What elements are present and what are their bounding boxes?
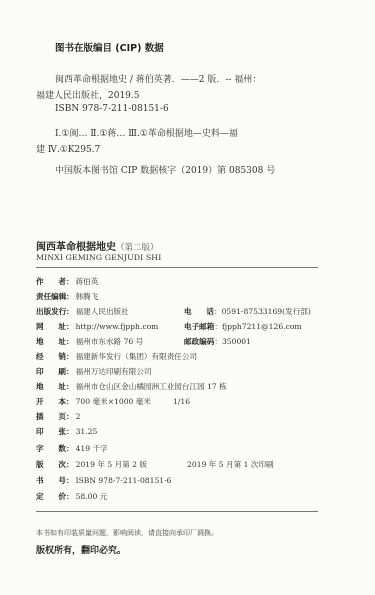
detail-row-author: 作者：蒋伯英 [36, 276, 98, 287]
detail-row-publisher: 出版发行：福建人民出版社 [36, 306, 129, 317]
detail-row-format: 开本：700 毫米×1000 毫米1/16 [36, 396, 190, 407]
detail-value: ISBN 978-7-211-08151-6 [76, 476, 172, 485]
detail-label: 电话 [184, 306, 214, 317]
detail-label: 网址 [36, 321, 66, 332]
detail-row-distributor: 经销：福建新华发行（集团）有限责任公司 [36, 351, 197, 362]
detail-value: 2019 年 5 月第 2 版 [76, 460, 147, 469]
detail-phone: 电话：0591-87533169(发行部) [184, 306, 311, 317]
detail-value: 韩腾飞 [76, 292, 99, 301]
detail-value: 福建人民出版社 [76, 307, 129, 316]
cip-heading: 图书在版编目 (CIP) 数据 [55, 40, 164, 54]
detail-value: 福州市仓山区金山橘园洲工业园台江园 17 栋 [76, 382, 227, 391]
copyright-notice: 版权所有，翻印必究。 [36, 543, 126, 556]
detail-row-price: 定价：58.00 元 [36, 491, 107, 502]
detail-label: 责任编辑 [36, 291, 66, 302]
detail-label: 定价 [36, 491, 66, 502]
detail-value: 2 [76, 412, 81, 421]
detail-row-isbn: 书号：ISBN 978-7-211-08151-6 [36, 475, 172, 486]
detail-label: 地址 [36, 381, 66, 392]
detail-label: 地址 [36, 336, 66, 347]
detail-row-website: 网址：http://www.fjpph.com [36, 321, 158, 332]
book-title: 闽西革命根据地史（第二版） [36, 238, 159, 253]
divider-top [36, 267, 318, 268]
detail-extra: 1/16 [173, 397, 190, 406]
detail-value: 福州万达印刷有限公司 [76, 367, 152, 376]
book-edition: （第二版） [116, 243, 159, 253]
detail-label: 版次 [36, 459, 66, 470]
cip-line-subjects: Ⅰ.①闽… Ⅱ.①蒋… Ⅲ.①革命根据地—史料—福 [55, 126, 238, 139]
detail-row-printer: 印刷：福州万达印刷有限公司 [36, 366, 152, 377]
cip-line-title: 闽西革命根据地史 / 蒋伯英著．——2 版．-- 福州： [55, 72, 261, 85]
cip-line-isbn: ISBN 978-7-211-08151-6 [55, 104, 169, 114]
detail-value: 58.00 元 [76, 492, 108, 501]
detail-postcode: 邮政编码：350001 [184, 336, 251, 347]
detail-row-editor: 责任编辑：韩腾飞 [36, 291, 98, 302]
website-link[interactable]: http://www.fjpph.com [76, 322, 159, 331]
detail-extra: 2019 年 5 月第 1 次印刷 [187, 460, 274, 469]
detail-value: 蒋伯英 [76, 277, 99, 286]
detail-label: 经销 [36, 351, 66, 362]
book-title-pinyin: MINXI GEMING GENJUDI SHI [36, 253, 161, 262]
detail-value: 福建新华发行（集团）有限责任公司 [76, 352, 198, 361]
detail-row-plates: 插页：2 [36, 411, 80, 422]
detail-value: 419 千字 [76, 444, 108, 453]
divider-bottom [36, 511, 318, 512]
quality-notice: 本书如有印装质量问题，影响阅读，请直接向承印厂调换。 [36, 528, 218, 538]
detail-label: 字数 [36, 443, 66, 454]
detail-row-edition: 版次：2019 年 5 月第 2 版2019 年 5 月第 1 次印刷 [36, 459, 274, 470]
detail-value: 0591-87533169(发行部) [222, 307, 311, 316]
detail-email: 电子邮箱：fjpph7211@126.com [184, 321, 302, 332]
detail-value: 31.25 [76, 427, 98, 436]
detail-label: 电子邮箱 [184, 321, 214, 332]
detail-label: 邮政编码 [184, 336, 214, 347]
detail-label: 作者 [36, 276, 66, 287]
email-link[interactable]: fjpph7211@126.com [222, 322, 302, 331]
detail-label: 书号 [36, 475, 66, 486]
detail-row-sheets: 印张：31.25 [36, 426, 97, 437]
detail-value: 700 毫米×1000 毫米 [76, 397, 151, 406]
detail-label: 印张 [36, 426, 66, 437]
detail-label: 插页 [36, 411, 66, 422]
detail-row-address: 地址：福州市东水路 76 号 [36, 336, 143, 347]
detail-row-printer-address: 地址：福州市仓山区金山橘园洲工业园台江园 17 栋 [36, 381, 227, 392]
detail-value: 350001 [222, 337, 251, 346]
cip-line-record-number: 中国版本图书馆 CIP 数据核字（2019）第 085308 号 [55, 163, 275, 176]
detail-label: 开本 [36, 396, 66, 407]
detail-row-word-count: 字数：419 千字 [36, 443, 108, 454]
cip-line-publisher: 福建人民出版社，2019.5 [36, 88, 140, 101]
detail-label: 印刷 [36, 366, 66, 377]
book-title-text: 闽西革命根据地史 [36, 242, 116, 253]
cip-line-classification: 建 Ⅳ.①K295.7 [36, 142, 100, 155]
detail-value: 福州市东水路 76 号 [76, 337, 144, 346]
detail-label: 出版发行 [36, 306, 66, 317]
